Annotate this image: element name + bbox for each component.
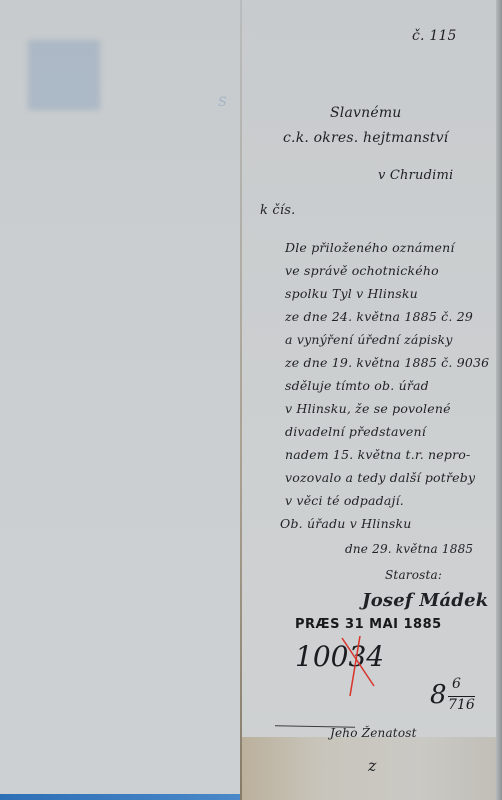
left-page: S (0, 0, 240, 795)
footnote: Jeho Ženatost (330, 726, 417, 740)
body-line: nadem 15. května t.r. nepro- (285, 447, 470, 462)
body-line: a vynýření úřední zápisky (285, 332, 453, 347)
filing-fraction: 8 6 716 (430, 680, 447, 710)
fraction-whole: 8 (430, 680, 447, 710)
body-line: ze dne 19. května 1885 č. 9036 (285, 355, 489, 370)
blue-stain (28, 40, 100, 110)
fraction-denominator: 716 (448, 696, 475, 713)
blue-background-edge (0, 794, 240, 800)
salutation: k čís. (260, 203, 295, 218)
initial-mark: z (368, 756, 377, 775)
body-line: v Hlinsku, že se povolené (285, 401, 451, 416)
body-line: Dle přiloženého oznámení (285, 240, 455, 255)
addressee-line-2: c.k. okres. hejtmanství (283, 130, 448, 146)
body-line: vozovalo a tedy další potřeby (285, 470, 475, 485)
signature: Josef Mádek (362, 590, 488, 611)
document-sheet: S č. 115 Slavnému c.k. okres. hejtmanstv… (0, 0, 502, 800)
received-stamp: PRÆS 31 MAI 1885 (295, 617, 442, 632)
fraction-numerator: 6 (452, 676, 461, 692)
addressee-line-1: Slavnému (330, 105, 402, 121)
addressee-line-3: v Chrudimi (378, 168, 453, 183)
body-line: sděluje tímto ob. úřad (285, 378, 429, 393)
body-line: ze dne 24. května 1885 č. 29 (285, 309, 473, 324)
reference-number: č. 115 (412, 28, 457, 44)
closing-date: dne 29. května 1885 (345, 542, 473, 556)
body-line: ve správě ochotnického (285, 263, 439, 278)
body-line: v věci té odpadají. (285, 493, 404, 508)
closing-place: Ob. úřadu v Hlinsku (280, 516, 412, 531)
body-line: divadelní představení (285, 424, 426, 439)
closing-title: Starosta: (385, 568, 442, 582)
right-edge (496, 0, 502, 800)
red-cross-mark-icon (338, 636, 378, 696)
body-line: spolku Tyl v Hlinsku (285, 286, 418, 301)
bleed-through-text: S (218, 95, 227, 110)
